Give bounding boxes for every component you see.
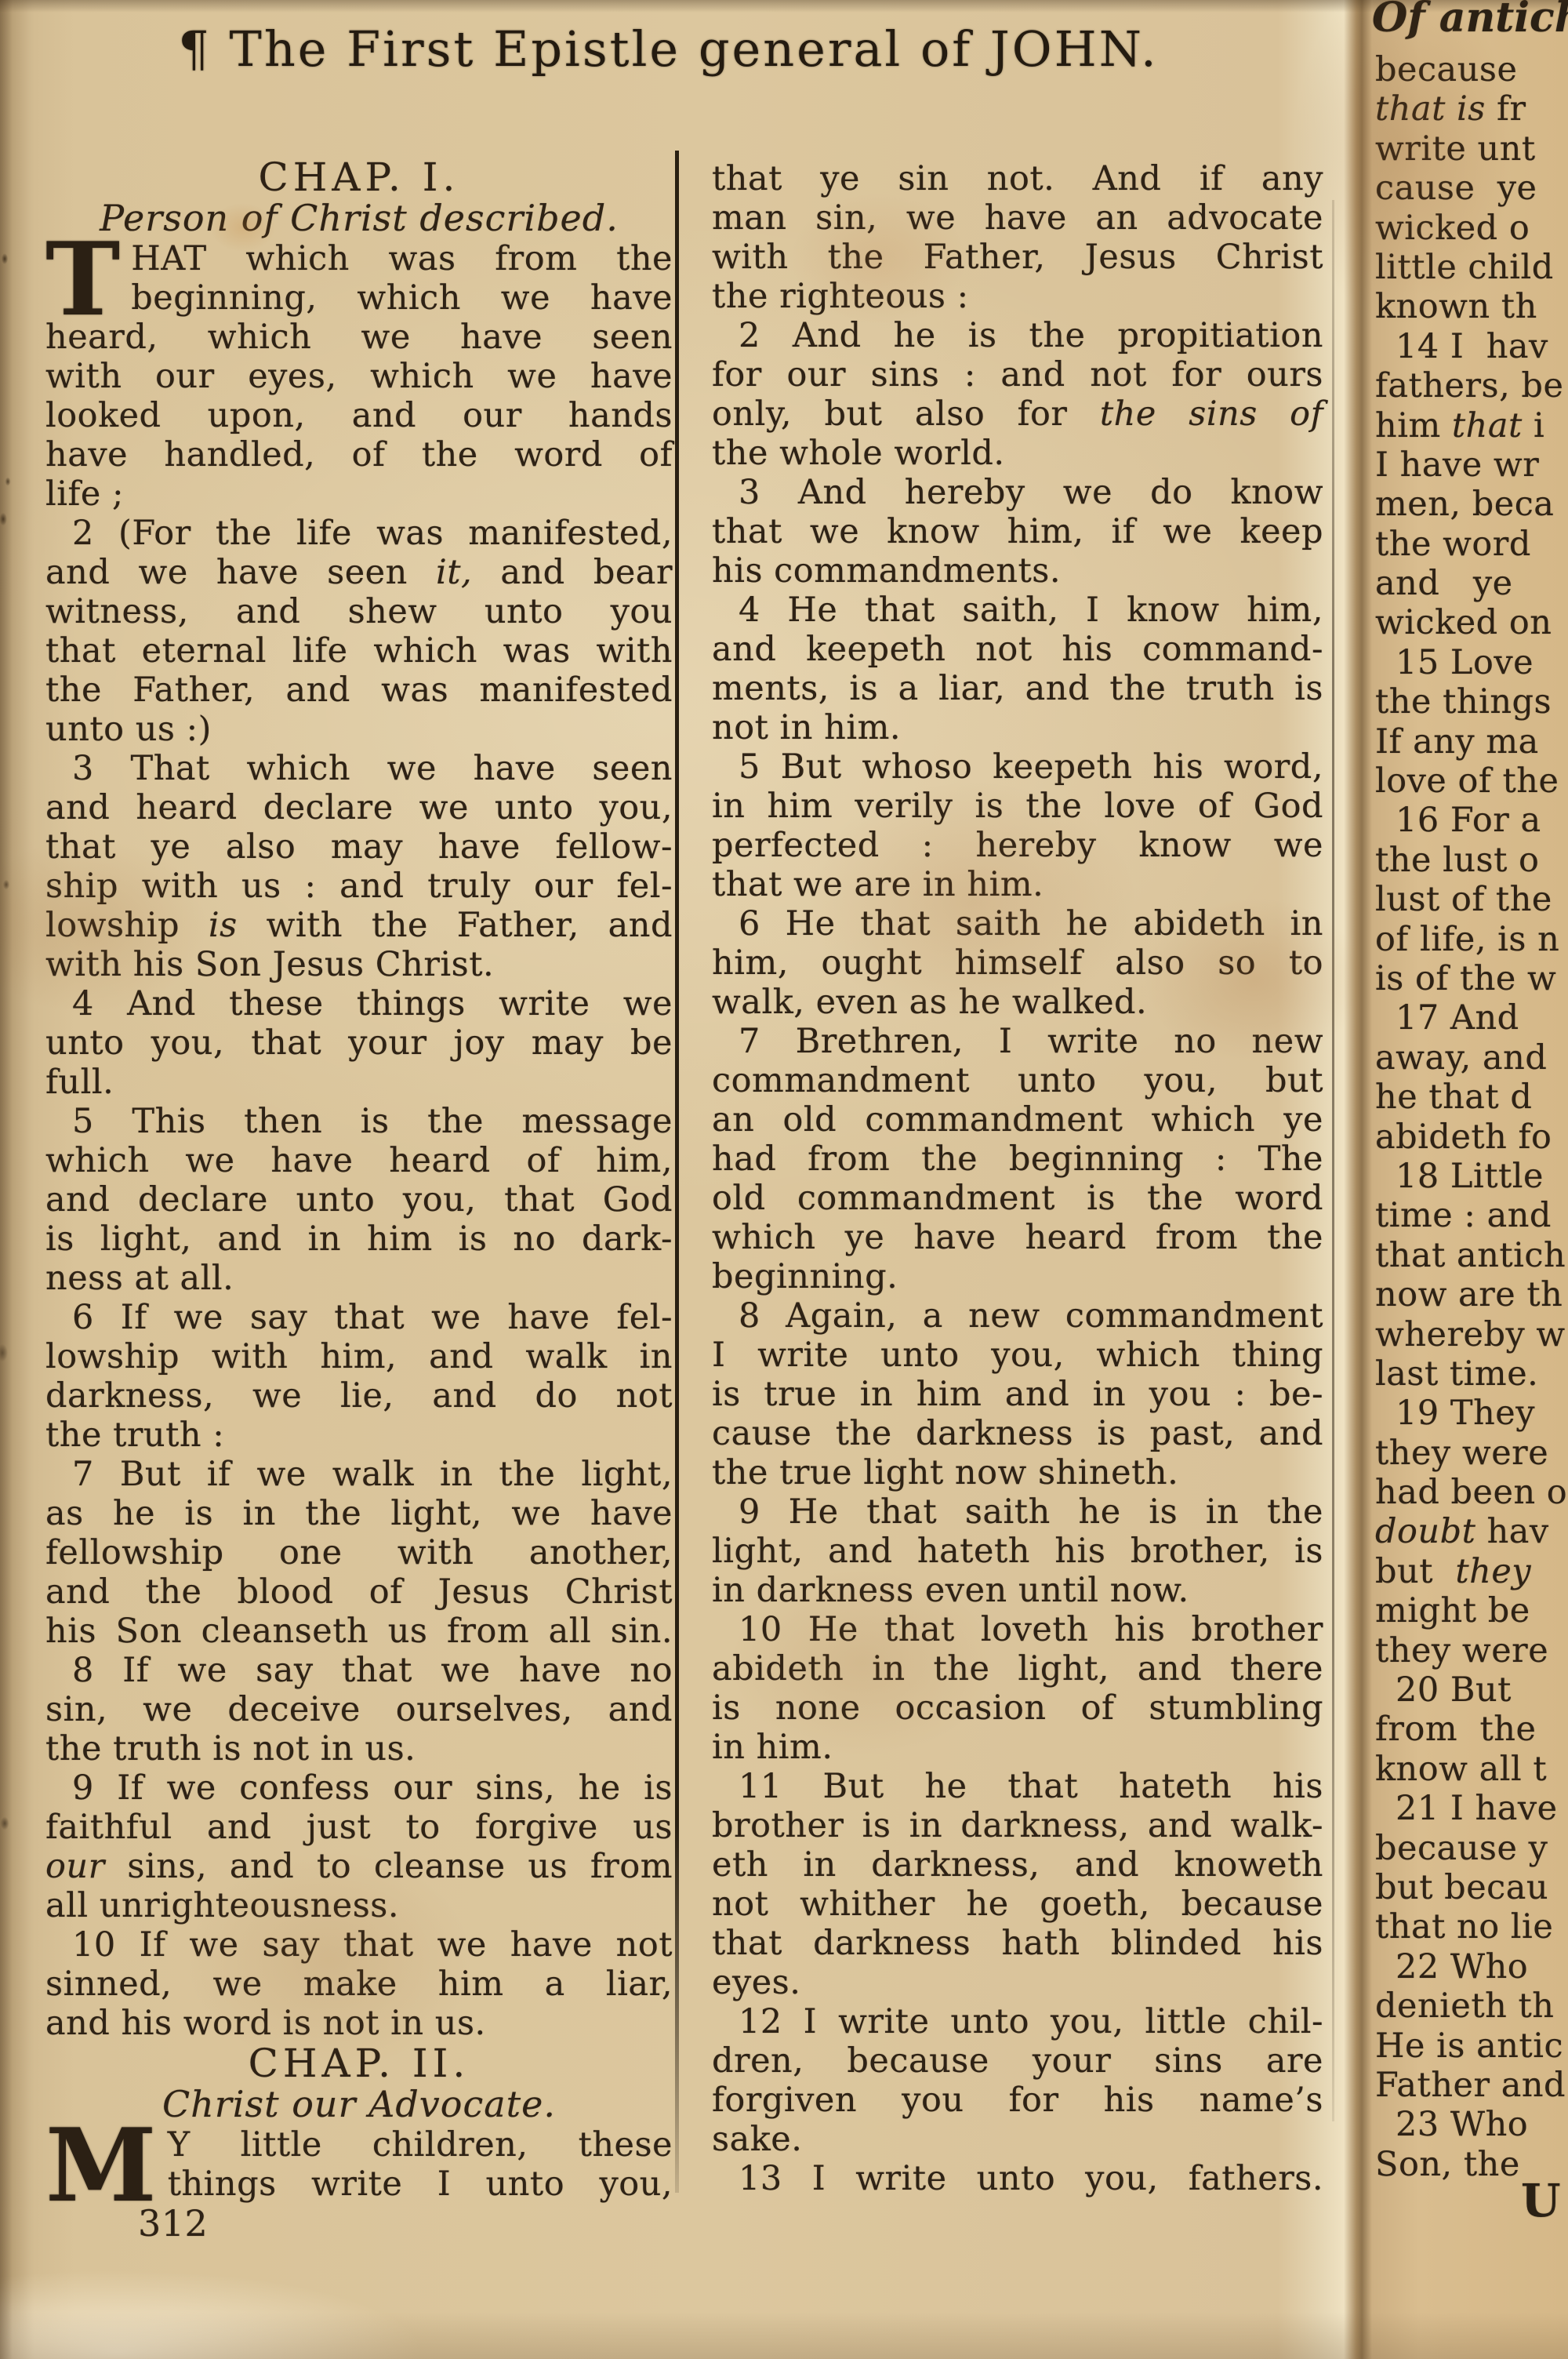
text-line: had been o xyxy=(1375,1473,1568,1512)
text-line: beginning. xyxy=(712,1257,1323,1296)
text-line: with our eyes, which we have xyxy=(45,357,673,396)
text-line: whereby w xyxy=(1375,1315,1568,1354)
text-line: from the xyxy=(1375,1710,1568,1749)
signature-mark: U xyxy=(1521,2174,1561,2227)
drop-cap-block: MY little children, thesethings write I … xyxy=(45,2125,673,2204)
text-line: 16 For a xyxy=(1375,801,1568,840)
text-line: He is antic xyxy=(1375,2026,1568,2066)
text-line: looked upon, and our hands xyxy=(45,396,673,435)
text-line: his commandments. xyxy=(712,551,1323,591)
text-line: full. xyxy=(45,1063,673,1102)
text-line: which we have heard of him, xyxy=(45,1141,673,1180)
text-line: only, but also for the sins of xyxy=(712,394,1323,434)
text-line: lust of the xyxy=(1375,880,1568,919)
text-line: cause ye xyxy=(1375,169,1568,208)
text-line: 10 If we say that we have not xyxy=(45,1925,673,1965)
text-line: which ye have heard from the xyxy=(712,1218,1323,1257)
text-line: heard, which we have seen xyxy=(45,318,673,357)
text-line: 9 He that saith he is in the xyxy=(712,1492,1323,1532)
text-line: ness at all. xyxy=(45,1259,673,1298)
text-line: with the Father, Jesus Christ xyxy=(712,238,1323,277)
text-line: that darkness hath blinded his xyxy=(712,1924,1323,1963)
text-line: men, beca xyxy=(1375,485,1568,524)
text-line: 18 Little xyxy=(1375,1157,1568,1196)
text-line: CHAP. II. xyxy=(45,2043,673,2084)
text-line: is true in him and in you : be- xyxy=(712,1375,1323,1414)
text-line: 4 And these things write we xyxy=(45,984,673,1023)
text-line: known th xyxy=(1375,287,1568,326)
text-line: but becau xyxy=(1375,1868,1568,1907)
text-line: the Father, and was manifested xyxy=(45,671,673,710)
text-line: write unt xyxy=(1375,129,1568,169)
text-line: know all t xyxy=(1375,1750,1568,1789)
text-line: is light, and in him is no dark- xyxy=(45,1219,673,1259)
text-line: and keepeth not his command- xyxy=(712,630,1323,669)
text-line: perfected : hereby know we xyxy=(712,826,1323,865)
text-line: walk, even as he walked. xyxy=(712,983,1323,1022)
text-line: things write I unto you, xyxy=(168,2165,673,2204)
text-line: Y little children, these xyxy=(168,2125,673,2165)
text-line: the truth : xyxy=(45,1416,673,1455)
text-line: time : and xyxy=(1375,1196,1568,1235)
text-line: and we have seen it, and bear xyxy=(45,553,673,592)
text-line: the whole world. xyxy=(712,434,1323,473)
text-line: old commandment is the word xyxy=(712,1179,1323,1218)
text-line: witness, and shew unto you xyxy=(45,592,673,631)
text-line: might be xyxy=(1375,1591,1568,1630)
text-line: had from the beginning : The xyxy=(712,1140,1323,1179)
text-line: 7 Brethren, I write no new xyxy=(712,1022,1323,1061)
text-line: faithful and just to forgive us xyxy=(45,1808,673,1847)
text-line: that ye also may have fellow- xyxy=(45,827,673,867)
text-line: forgiven you for his name’s xyxy=(712,2081,1323,2120)
text-line: 23 Who xyxy=(1375,2105,1568,2144)
text-line: eth in darkness, and knoweth xyxy=(712,1845,1323,1885)
text-line: If any ma xyxy=(1375,722,1568,761)
text-line: man sin, we have an advocate xyxy=(712,198,1323,238)
drop-cap-block: THAT which was from thebeginning, which … xyxy=(45,239,673,318)
text-line: 22 Who xyxy=(1375,1947,1568,1986)
text-line: the things xyxy=(1375,682,1568,722)
text-line: abideth in the light, and there xyxy=(712,1649,1323,1688)
text-line: unto you, that your joy may be xyxy=(45,1023,673,1063)
text-line: fellowship one with another, xyxy=(45,1533,673,1572)
text-line: that antich xyxy=(1375,1236,1568,1275)
text-line: lowship is with the Father, and xyxy=(45,906,673,945)
text-line: 2 And he is the propitiation xyxy=(712,316,1323,355)
text-line: the truth is not in us. xyxy=(45,1729,673,1768)
text-line: 9 If we confess our sins, he is xyxy=(45,1768,673,1808)
text-line: lowship with him, and walk in xyxy=(45,1337,673,1376)
text-line: I have wr xyxy=(1375,445,1568,485)
text-line: the word xyxy=(1375,525,1568,564)
text-line: eyes. xyxy=(712,1963,1323,2002)
text-line: 7 But if we walk in the light, xyxy=(45,1455,673,1494)
text-line: and ye xyxy=(1375,564,1568,603)
drop-cap-lines: HAT which was from thebeginning, which w… xyxy=(131,239,673,318)
text-line: that no lie xyxy=(1375,1907,1568,1946)
drop-cap-letter: T xyxy=(45,241,120,319)
text-line: is of the w xyxy=(1375,959,1568,998)
text-line: and heard declare we unto you, xyxy=(45,788,673,827)
page-title: ¶ The First Epistle general of JOHN. xyxy=(0,20,1337,78)
adjacent-page-edge: Of antich becausethat is frwrite untcaus… xyxy=(1366,0,1568,2359)
text-line: doubt hav xyxy=(1375,1512,1568,1551)
text-line: not whither he goeth, because xyxy=(712,1885,1323,1924)
text-line: that we know him, if we keep xyxy=(712,512,1323,551)
text-line: life ; xyxy=(45,474,673,514)
middle-text-column: that ye sin not. And if anyman sin, we h… xyxy=(712,159,1323,2198)
text-line: 3 And hereby we do know xyxy=(712,473,1323,512)
text-line: his Son cleanseth us from all sin. xyxy=(45,1612,673,1651)
right-margin-rule xyxy=(1332,200,1334,2121)
text-line: and the blood of Jesus Christ xyxy=(45,1572,673,1612)
text-line: all unrighteousness. xyxy=(45,1886,673,1925)
text-line: ments, is a liar, and the truth is xyxy=(712,669,1323,708)
text-line: the righteous : xyxy=(712,277,1323,316)
text-line: darkness, we lie, and do not xyxy=(45,1376,673,1416)
text-line: sin, we deceive ourselves, and xyxy=(45,1690,673,1729)
text-line: wicked on xyxy=(1375,603,1568,642)
text-line: sake. xyxy=(712,2120,1323,2159)
text-line: CHAP. I. xyxy=(45,157,673,198)
text-line: because xyxy=(1375,50,1568,89)
text-line: 10 He that loveth his brother xyxy=(712,1610,1323,1649)
text-line: commandment unto you, but xyxy=(712,1061,1323,1100)
text-line: with his Son Jesus Christ. xyxy=(45,945,673,984)
text-line: brother is in darkness, and walk- xyxy=(712,1806,1323,1845)
text-line: HAT which was from the xyxy=(131,239,673,278)
text-line: 12 I write unto you, little chil- xyxy=(712,2002,1323,2041)
text-line: in darkness even until now. xyxy=(712,1571,1323,1610)
text-line: abideth fo xyxy=(1375,1118,1568,1157)
text-line: 6 If we say that we have fel- xyxy=(45,1298,673,1337)
text-line: in him. xyxy=(712,1728,1323,1767)
text-line: an old commandment which ye xyxy=(712,1100,1323,1140)
text-line: in him verily is the love of God xyxy=(712,787,1323,826)
text-line: ship with us : and truly our fel- xyxy=(45,867,673,906)
text-line: not in him. xyxy=(712,708,1323,747)
text-line: him that i xyxy=(1375,406,1568,445)
text-line: the lust o xyxy=(1375,841,1568,880)
text-line: that ye sin not. And if any xyxy=(712,159,1323,198)
text-line: love of the xyxy=(1375,761,1568,801)
text-line: 5 This then is the message xyxy=(45,1102,673,1141)
text-line: 5 But whoso keepeth his word, xyxy=(712,747,1323,787)
text-line: the true light now shineth. xyxy=(712,1453,1323,1492)
text-line: denieth th xyxy=(1375,1986,1568,2026)
text-line: sinned, we make him a liar, xyxy=(45,1965,673,2004)
text-line: 8 If we say that we have no xyxy=(45,1651,673,1690)
text-line: 6 He that saith he abideth in xyxy=(712,904,1323,943)
text-line: 14 I hav xyxy=(1375,327,1568,366)
text-line: Person of Christ described. xyxy=(45,198,673,239)
text-line: little child xyxy=(1375,248,1568,287)
text-line: that is fr xyxy=(1375,89,1568,129)
text-line: dren, because your sins are xyxy=(712,2041,1323,2081)
text-line: that eternal life which was with xyxy=(45,631,673,671)
text-line: now are th xyxy=(1375,1275,1568,1314)
text-line: beginning, which we have xyxy=(131,278,673,318)
text-line: 17 And xyxy=(1375,998,1568,1038)
text-line: they were xyxy=(1375,1434,1568,1473)
text-line: I write unto you, which thing xyxy=(712,1336,1323,1375)
adjacent-page-running-head: Of antich xyxy=(1372,0,1568,42)
text-line: 13 I write unto you, fathers. xyxy=(712,2159,1323,2198)
text-line: 19 They xyxy=(1375,1394,1568,1433)
text-line: for our sins : and not for ours xyxy=(712,355,1323,394)
text-line: is none occasion of stumbling xyxy=(712,1688,1323,1728)
text-line: but they xyxy=(1375,1552,1568,1591)
text-line: wicked o xyxy=(1375,209,1568,248)
text-line: that we are in him. xyxy=(712,865,1323,904)
text-line: 15 Love xyxy=(1375,643,1568,682)
text-line: 21 I have xyxy=(1375,1789,1568,1828)
text-line: cause the darkness is past, and xyxy=(712,1414,1323,1453)
drop-cap-lines: Y little children, thesethings write I u… xyxy=(168,2125,673,2204)
text-line: 3 That which we have seen xyxy=(45,749,673,788)
text-line: he that d xyxy=(1375,1078,1568,1117)
left-text-column: CHAP. I.Person of Christ described.THAT … xyxy=(45,157,673,2243)
column-divider-rule xyxy=(675,151,679,2193)
text-line: fathers, be xyxy=(1375,366,1568,405)
text-line: have handled, of the word of xyxy=(45,435,673,474)
text-line: last time. xyxy=(1375,1354,1568,1394)
text-line: 11 But he that hateth his xyxy=(712,1767,1323,1806)
text-line: because y xyxy=(1375,1829,1568,1868)
text-line: as he is in the light, we have xyxy=(45,1494,673,1533)
text-line: and declare unto you, that God xyxy=(45,1180,673,1219)
adjacent-page-text-column: becausethat is frwrite untcause yewicked… xyxy=(1375,50,1568,2184)
text-line: of life, is n xyxy=(1375,920,1568,959)
text-line: and his word is not in us. xyxy=(45,2004,673,2043)
text-line: 8 Again, a new commandment xyxy=(712,1296,1323,1336)
text-line: unto us :) xyxy=(45,710,673,749)
text-line: 2 (For the life was manifested, xyxy=(45,514,673,553)
text-line: our sins, and to cleanse us from xyxy=(45,1847,673,1886)
text-line: away, and xyxy=(1375,1038,1568,1078)
text-line: light, and hateth his brother, is xyxy=(712,1532,1323,1571)
text-line: they were xyxy=(1375,1631,1568,1670)
text-line: him, ought himself also so to xyxy=(712,943,1323,983)
text-line: 20 But xyxy=(1375,1670,1568,1710)
text-line: Father and xyxy=(1375,2066,1568,2105)
text-line: 4 He that saith, I know him, xyxy=(712,591,1323,630)
drop-cap-letter: M xyxy=(45,2127,157,2205)
